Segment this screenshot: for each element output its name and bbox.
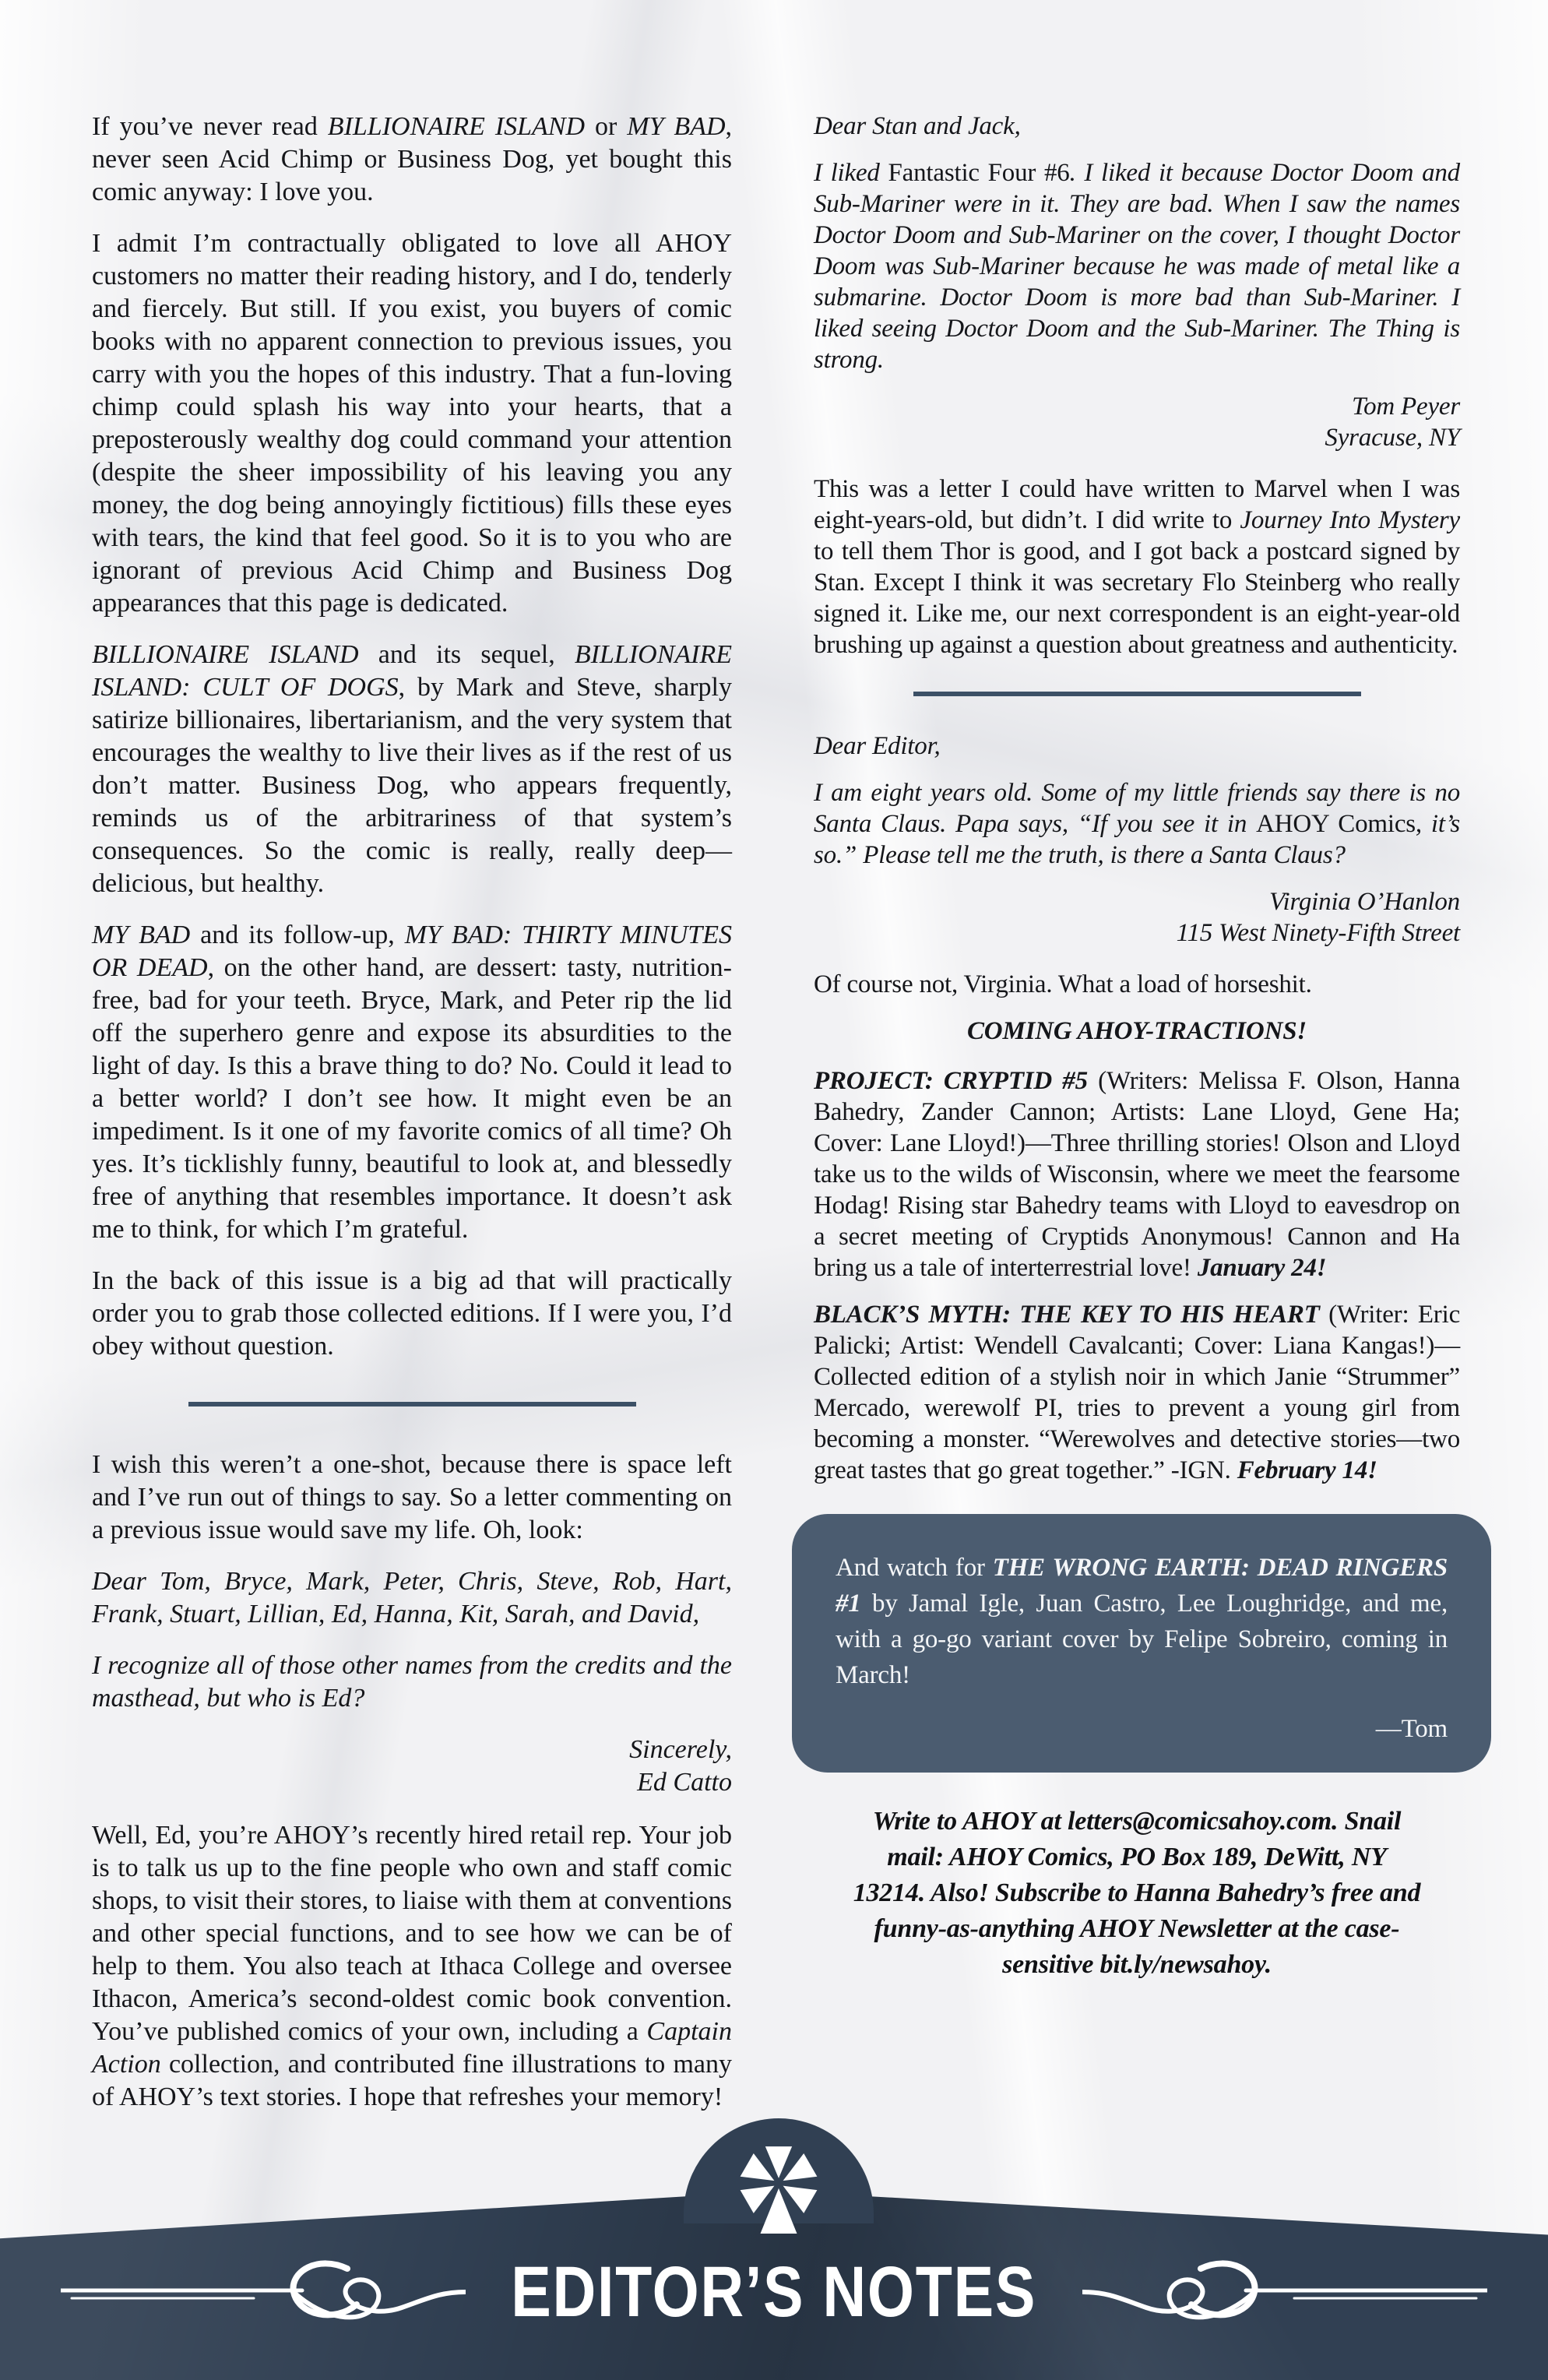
paragraph: BLACK’S MYTH: THE KEY TO HIS HEART (Writ… [814,1299,1460,1486]
promo-box-text: And watch for THE WRONG EARTH: DEAD RING… [836,1550,1448,1693]
signature: Sincerely,Ed Catto [92,1734,732,1799]
right-column: Dear Stan and Jack,I liked Fantastic Fou… [814,111,1460,1983]
mail-note: Write to AHOY at letters@comicsahoy.com.… [853,1804,1421,1983]
paragraph: Of course not, Virginia. What a load of … [814,969,1460,1000]
paragraph: In the back of this issue is a big ad th… [92,1265,732,1363]
promo-box: And watch for THE WRONG EARTH: DEAD RING… [792,1514,1491,1773]
paragraph: I liked Fantastic Four #6. I liked it be… [814,157,1460,375]
paragraph: BILLIONAIRE ISLAND and its sequel, BILLI… [92,639,732,900]
signature: Tom PeyerSyracuse, NY [814,391,1460,453]
paragraph: If you’ve never read BILLIONAIRE ISLAND … [92,111,732,209]
paragraph: I recognize all of those other names fro… [92,1649,732,1715]
left-column: If you’ve never read BILLIONAIRE ISLAND … [92,111,732,2132]
signature: Virginia O’Hanlon115 West Ninety-Fifth S… [814,886,1460,949]
page-title: EDITOR’S NOTES [512,2255,1037,2329]
paragraph: I wish this weren’t a one-shot, because … [92,1449,732,1547]
paragraph: MY BAD and its follow-up, MY BAD: THIRTY… [92,919,732,1246]
paragraph: I admit I’m contractually obligated to l… [92,227,732,620]
banner-title: EDITOR’S NOTES [0,2255,1548,2329]
paragraph: I am eight years old. Some of my little … [814,777,1460,871]
paragraph: Dear Stan and Jack, [814,111,1460,142]
coming-attractions-heading: COMING AHOY-TRACTIONS! [814,1016,1460,1047]
ahoy-asterisk-icon [735,2137,822,2238]
section-divider [913,692,1361,696]
paragraph: This was a letter I could have written t… [814,474,1460,660]
editors-notes-page: If you’ve never read BILLIONAIRE ISLAND … [0,0,1548,2380]
paragraph: Dear Tom, Bryce, Mark, Peter, Chris, Ste… [92,1565,732,1631]
promo-box-signature: —Tom [836,1713,1448,1745]
paragraph: Well, Ed, you’re AHOY’s recently hired r… [92,1819,732,2114]
section-divider [188,1402,636,1407]
paragraph: PROJECT: CRYPTID #5 (Writers: Melissa F.… [814,1065,1460,1283]
paragraph: Dear Editor, [814,731,1460,762]
